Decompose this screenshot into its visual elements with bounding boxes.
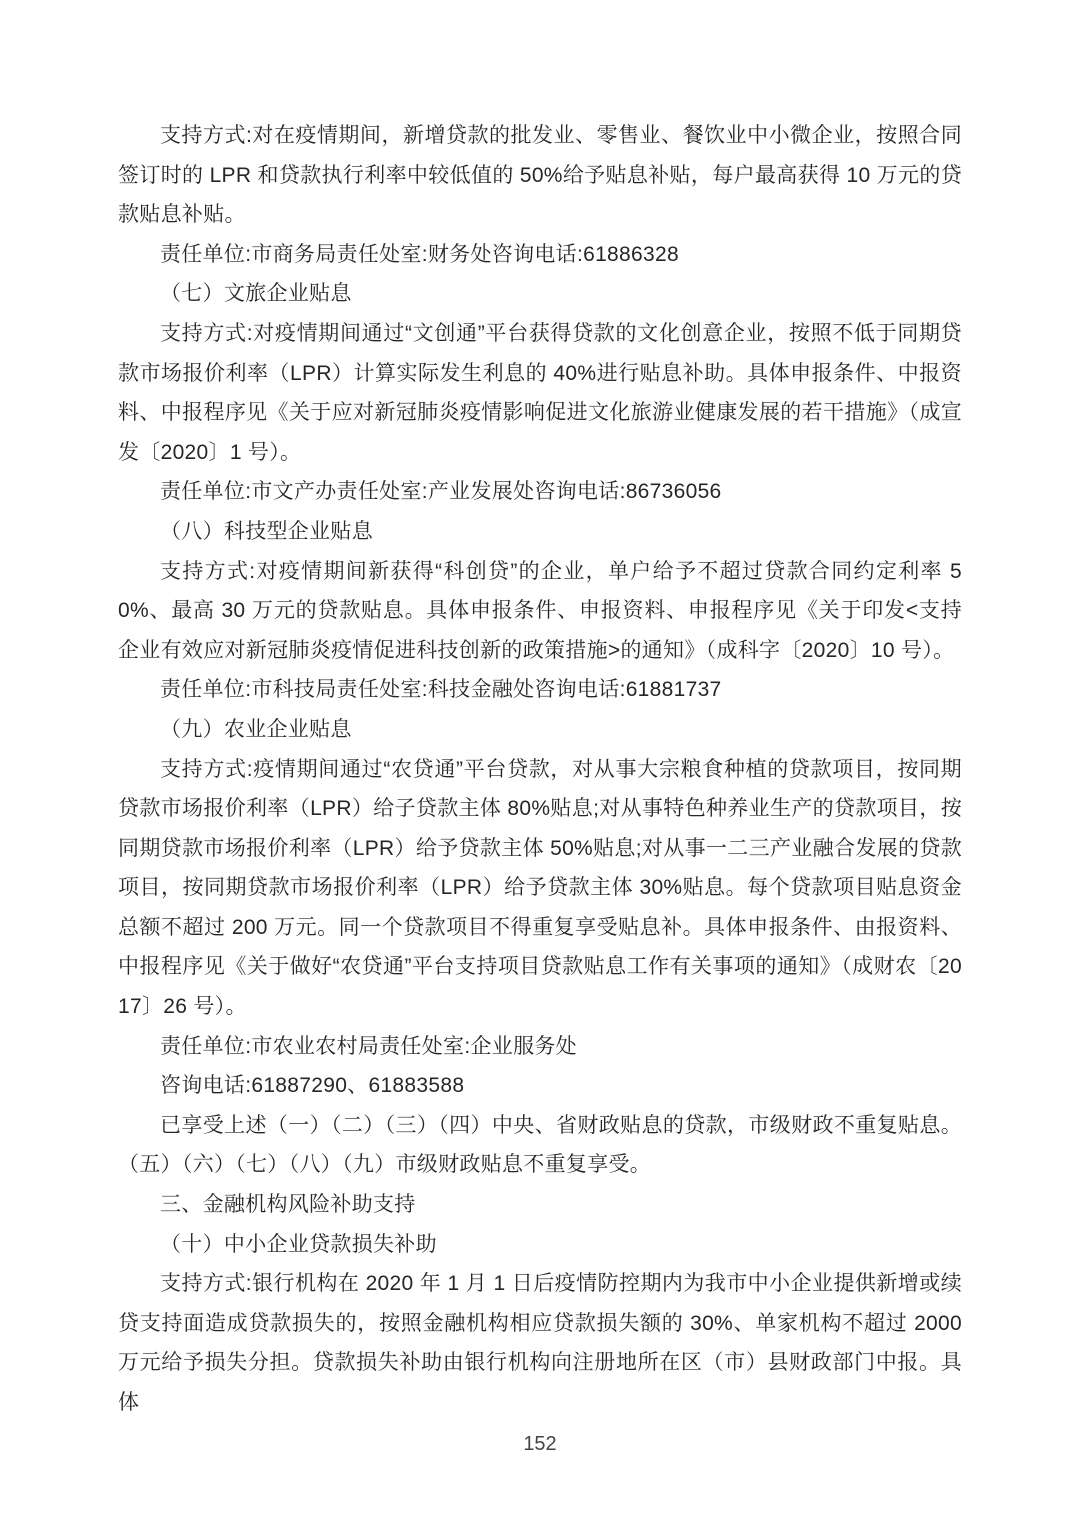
paragraph: 支持方式:疫情期间通过“农贷通”平台贷款，对从事大宗粮食种植的贷款项目，按同期贷… (118, 750, 962, 1027)
document-body: 支持方式:对在疫情期间，新增贷款的批发业、零售业、餐饮业中小微企业，按照合同签订… (118, 116, 962, 1423)
paragraph: 责任单位:市商务局责任处室:财务处咨询电话:61886328 (118, 235, 962, 275)
paragraph: 支持方式:银行机构在 2020 年 1 月 1 日后疫情防控期内为我市中小企业提… (118, 1264, 962, 1422)
document-page: 支持方式:对在疫情期间，新增贷款的批发业、零售业、餐饮业中小微企业，按照合同签订… (0, 0, 1080, 1527)
section-heading: 三、金融机构风险补助支持 (118, 1185, 962, 1225)
paragraph: 责任单位:市科技局责任处室:科技金融处咨询电话:61881737 (118, 670, 962, 710)
section-heading: （七）文旅企业贴息 (118, 274, 962, 314)
paragraph: 支持方式:对疫情期间通过“文创通”平台获得贷款的文化创意企业，按照不低于同期贷款… (118, 314, 962, 472)
paragraph: 支持方式:对疫情期间新获得“科创贷”的企业，单户给予不超过贷款合同约定利率 50… (118, 552, 962, 671)
paragraph: 责任单位:市文产办责任处室:产业发展处咨询电话:86736056 (118, 472, 962, 512)
section-heading: （九）农业企业贴息 (118, 710, 962, 750)
paragraph: 咨询电话:61887290、61883588 (118, 1066, 962, 1106)
section-heading: （十）中小企业贷款损失补助 (118, 1225, 962, 1265)
paragraph: 责任单位:市农业农村局责任处室:企业服务处 (118, 1027, 962, 1067)
paragraph: 已享受上述（一）（二）（三）（四）中央、省财政贴息的贷款，市级财政不重复贴息。（… (118, 1106, 962, 1185)
section-heading: （八）科技型企业贴息 (118, 512, 962, 552)
page-number: 152 (118, 1429, 962, 1459)
paragraph: 支持方式:对在疫情期间，新增贷款的批发业、零售业、餐饮业中小微企业，按照合同签订… (118, 116, 962, 235)
